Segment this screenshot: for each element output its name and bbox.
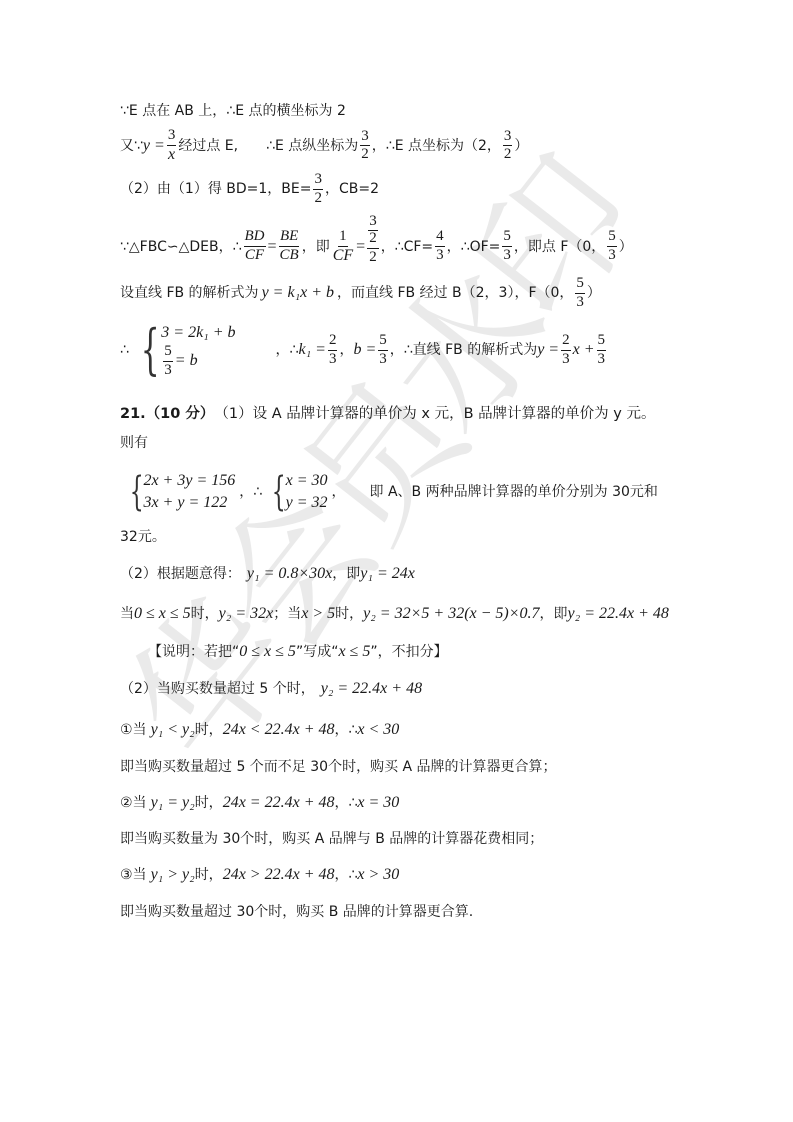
fraction: 53 [597, 333, 607, 368]
text: 即 A、B 两种品牌计算器的单价分别为 30元和 [370, 485, 658, 499]
text: 则有 [120, 436, 148, 450]
math-expr: x ≤ 5 [338, 644, 370, 660]
text: ，∴ [239, 485, 262, 499]
text: 经过点 E, [178, 139, 238, 153]
text: ，∴ [276, 343, 299, 357]
math-expr: b = [353, 342, 376, 358]
math-expr: y₂ = 32×5 + 32(x − 5)×0.7 [363, 606, 539, 622]
solution-line-10: 32元。 [120, 530, 166, 544]
fraction: 53 [502, 229, 512, 264]
solution-line-20: 即当购买数量超过 30个时，购买 B 品牌的计算器更合算. [120, 905, 473, 919]
text: ，即点 F（0， [514, 240, 605, 254]
math-expr: y = [143, 138, 165, 154]
fraction: 53 [575, 276, 585, 311]
text: ∴ [120, 343, 129, 357]
math-expr: y₂ = 32x [219, 606, 274, 622]
question-21-heading: 21.（10 分） （1）设 A 品牌计算器的单价为 x 元，B 品牌计算器的单… [120, 407, 655, 422]
fraction: 43 [435, 229, 445, 264]
fraction: 3x [167, 128, 177, 164]
case-2-line: ②当 y₁ = y₂ 时， 24x = 22.4x + 48 ，∴ x = 30 [120, 795, 399, 811]
math-expr: y₁ = 24x [360, 566, 415, 582]
math-expr: 24x < 22.4x + 48 [223, 722, 335, 738]
solution-line-8: 则有 [120, 436, 148, 450]
text: ，∴直线 FB 的解析式为 [390, 343, 537, 357]
question-number: 21.（10 分） [120, 407, 214, 422]
equation-system: { 2x + 3y = 156 3x + y = 122 [124, 470, 235, 514]
solution-line-16: 即当购买数量超过 5 个而不足 30个时，购买 A 品牌的计算器更合算； [120, 760, 557, 774]
math-expr: x > 30 [357, 867, 399, 883]
fraction: BDCF [244, 229, 266, 264]
fraction: 23 [561, 333, 571, 368]
fraction: 23 [328, 333, 338, 368]
fraction: 32 [503, 129, 513, 164]
math-expr: y₁ = y₂ [151, 795, 195, 811]
solution-line-5: 设直线 FB 的解析式为 y = k₁x + b ，而直线 FB 经过 B（2，… [120, 276, 601, 311]
nested-fraction: 3 2 2 [367, 214, 379, 265]
text: ，即 [332, 567, 360, 581]
solution-line-9: { 2x + 3y = 156 3x + y = 122 ，∴ { x = 30… [120, 470, 658, 514]
math-expr: 0 ≤ x ≤ 5 [134, 606, 191, 622]
fraction: 1CF [332, 229, 354, 265]
fraction: 53 [378, 333, 388, 368]
document-page: 华会员水印 ∵E 点在 AB 上，∴E 点的横坐标为 2 又∵ y = 3x 经… [0, 0, 793, 1122]
solution-line-18: 即当购买数量为 30个时，购买 A 品牌与 B 品牌的计算器花费相同； [120, 832, 543, 846]
text: ∵E 点在 AB 上，∴E 点的横坐标为 2 [120, 104, 346, 118]
brace-icon: { [272, 470, 286, 514]
equals-sign: = [268, 239, 277, 255]
fraction: 32 [360, 129, 370, 164]
text: （1）设 A 品牌计算器的单价为 x 元，B 品牌计算器的单价为 y 元。 [214, 407, 655, 422]
math-expr: x = 30 [357, 795, 399, 811]
text: ， [339, 343, 353, 357]
brace-icon: { [141, 322, 160, 379]
math-expr: y₂ = 22.4x + 48 [568, 606, 669, 622]
fraction: 32 [313, 172, 323, 207]
case-1-line: ①当 y₁ < y₂ 时， 24x < 22.4x + 48 ，∴ x < 30 [120, 722, 399, 738]
math-expr: 24x = 22.4x + 48 [223, 795, 335, 811]
math-expr: y₁ = 0.8×30x [247, 566, 332, 582]
math-expr: 0 ≤ x ≤ 5 [239, 644, 296, 660]
math-expr: y₂ = 22.4x + 48 [321, 681, 422, 697]
text: ，CB=2 [325, 182, 379, 196]
note-line: 【说明：若把“ 0 ≤ x ≤ 5 ”写成“ x ≤ 5 ”，不扣分】 [148, 644, 448, 660]
math-expr: 24x > 22.4x + 48 [223, 867, 335, 883]
text: ∵△FBC∽△DEB，∴ [120, 240, 242, 254]
solution-line-2: 又∵ y = 3x 经过点 E, ∴E 点纵坐标为 32 ，∴E 点坐标为（2，… [120, 128, 528, 164]
text: ） [587, 286, 601, 300]
text: ，即 [302, 240, 330, 254]
text: ，∴CF= [381, 240, 433, 254]
equation-system: { 3 = 2k₁ + b 53 = b [133, 322, 236, 379]
equation-system: { x = 30 y = 32 [266, 470, 327, 514]
brace-icon: { [130, 470, 144, 514]
text: 32元。 [120, 530, 166, 544]
equals-sign: = [356, 239, 365, 255]
fraction: BECB [279, 229, 300, 264]
math-expr: y₁ > y₂ [151, 867, 195, 883]
solution-line-4: ∵△FBC∽△DEB，∴ BDCF = BECB ，即 1CF = 3 2 2 … [120, 228, 633, 265]
text: （2）由（1）得 BD=1，BE= [120, 182, 311, 196]
text: ，∴OF= [447, 240, 501, 254]
text: ） [514, 139, 528, 153]
text: ，∴E 点坐标为（2， [372, 139, 501, 153]
math-expr: y = [537, 342, 559, 358]
text: ， [332, 485, 346, 499]
solution-line-1: ∵E 点在 AB 上，∴E 点的横坐标为 2 [120, 104, 346, 118]
case-3-line: ③当 y₁ > y₂ 时， 24x > 22.4x + 48 ，∴ x > 30 [120, 867, 399, 883]
text: ） [619, 240, 633, 254]
text: ，而直线 FB 经过 B（2，3），F（0， [337, 286, 573, 300]
solution-line-3: （2）由（1）得 BD=1，BE= 32 ，CB=2 [120, 172, 379, 207]
text: ∴E 点纵坐标为 [266, 139, 358, 153]
math-expr: x > 5 [301, 606, 335, 622]
math-expr: k₁ = [298, 342, 325, 358]
text: （2）根据题意得： [120, 567, 241, 581]
solution-line-14: （2）当购买数量超过 5 个时， y₂ = 22.4x + 48 [120, 681, 422, 697]
fraction: 53 [607, 229, 617, 264]
math-expr: x + [573, 342, 595, 358]
solution-line-12: 当 0 ≤ x ≤ 5 时， y₂ = 32x ；当 x > 5 时， y₂ =… [120, 606, 669, 622]
text: 又∵ [120, 139, 143, 153]
math-expr: y₁ < y₂ [151, 722, 195, 738]
math-expr: x < 30 [357, 722, 399, 738]
text: 设直线 FB 的解析式为 [120, 286, 259, 300]
math-expr: y = k₁x + b [262, 285, 334, 301]
solution-line-11: （2）根据题意得： y₁ = 0.8×30x ，即 y₁ = 24x [120, 566, 415, 582]
solution-line-6: ∴ { 3 = 2k₁ + b 53 = b ，∴ k₁ = 23 ， b = … [120, 322, 608, 379]
